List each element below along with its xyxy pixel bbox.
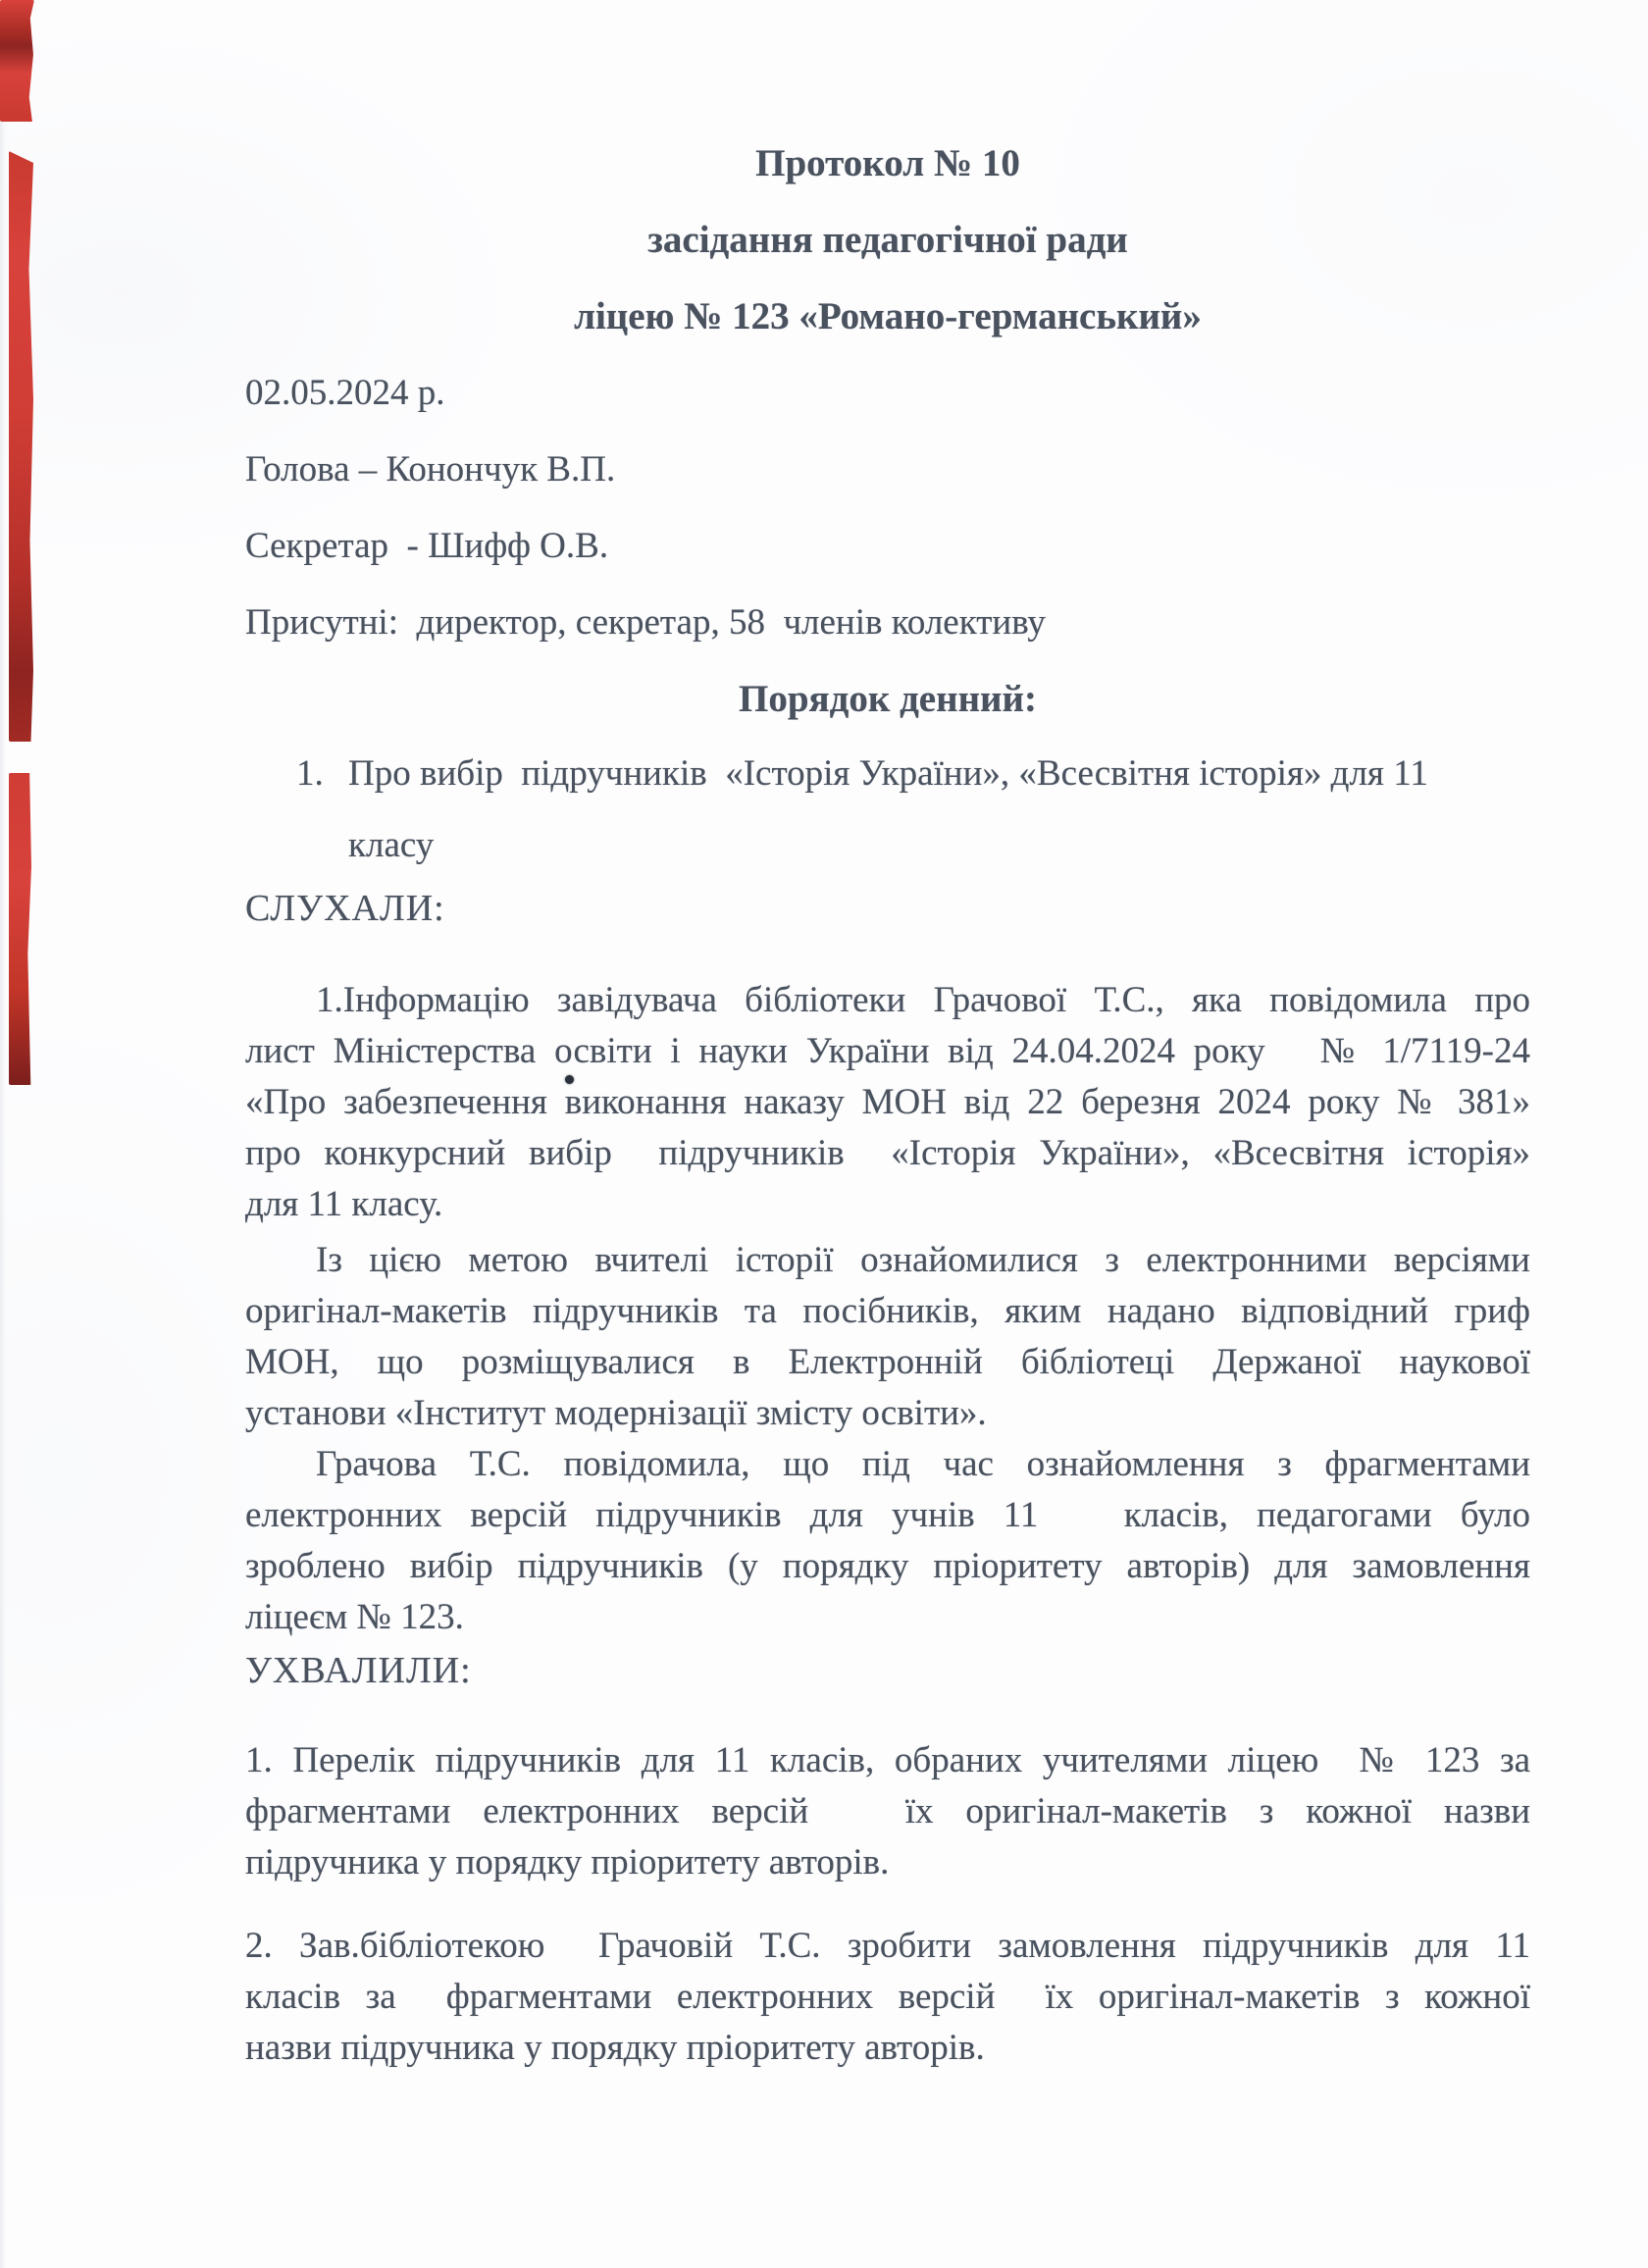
title-line-protocol-number: Протокол № 10	[245, 126, 1530, 202]
title-line-meeting: засідання педагогічної ради	[245, 202, 1530, 279]
paragraph-line: оригінал-макетів підручників та посібник…	[245, 1286, 1530, 1337]
paragraph-line: для 11 класу.	[245, 1179, 1530, 1230]
agenda-item-1: 1. Про вибір підручників «Історія Україн…	[245, 738, 1530, 881]
paragraph-line: підручника у порядку пріоритету авторів.	[245, 1837, 1530, 1888]
resolved-section-heading: УХВАЛИЛИ:	[245, 1643, 1530, 1698]
heard-paragraph-2: Із цією метою вчителі історії ознайомили…	[245, 1235, 1530, 1439]
document-title-block: Протокол № 10 засідання педагогічної рад…	[245, 126, 1530, 355]
paragraph-line: установи «Інститут модернізації змісту о…	[245, 1388, 1530, 1439]
scan-red-artifact-top	[0, 0, 34, 122]
meta-date: 02.05.2024 р.	[245, 355, 1530, 432]
meta-secretary: Секретар - Шифф О.В.	[245, 508, 1530, 585]
document-meta-block: 02.05.2024 р. Голова – Конончук В.П. Сек…	[245, 355, 1530, 661]
paragraph-line: ліцеєм № 123.	[245, 1592, 1530, 1643]
heard-paragraph-3: Грачова Т.С. повідомила, що під час озна…	[245, 1439, 1530, 1643]
document-content: Протокол № 10 засідання педагогічної рад…	[245, 0, 1530, 2074]
meta-chair: Голова – Конончук В.П.	[245, 432, 1530, 508]
paragraph-line: про конкурсний вибір підручників «Історі…	[245, 1128, 1530, 1179]
paragraph-line: фрагментами електронних версій їх оригін…	[245, 1786, 1530, 1837]
resolved-item-1: 1. Перелік підручників для 11 класів, об…	[245, 1735, 1530, 1888]
paragraph-line: електронних версій підручників для учнів…	[245, 1490, 1530, 1541]
heard-section-heading: СЛУХАЛИ:	[245, 881, 1530, 936]
agenda-item-line: класу	[348, 809, 1530, 881]
scanned-document-page: Протокол № 10 засідання педагогічної рад…	[0, 0, 1648, 2268]
heard-paragraph-1: 1.Інформацію завідувача бібліотеки Грачо…	[245, 975, 1530, 1230]
paragraph-line: 1. Перелік підручників для 11 класів, об…	[245, 1735, 1530, 1786]
agenda-heading: Порядок денний:	[245, 661, 1530, 738]
paragraph-line: Із цією метою вчителі історії ознайомили…	[245, 1235, 1530, 1286]
paragraph-line: назви підручника у порядку пріоритету ав…	[245, 2023, 1530, 2074]
paragraph-line: класів за фрагментами електронних версій…	[245, 1972, 1530, 2023]
scan-left-edge-shadow	[0, 0, 6, 2268]
title-line-lyceum: ліцею № 123 «Романо-германський»	[245, 279, 1530, 355]
scan-red-artifact-lower	[9, 773, 31, 1085]
paragraph-line: «Про забезпечення виконання наказу МОН в…	[245, 1077, 1530, 1128]
agenda-item-number: 1.	[296, 738, 324, 809]
scan-red-artifact-middle	[9, 151, 33, 742]
agenda-item-line: Про вибір підручників «Історія України»,…	[348, 738, 1530, 809]
paragraph-line: 1.Інформацію завідувача бібліотеки Грачо…	[245, 975, 1530, 1026]
paragraph-line: лист Міністерства освіти і науки України…	[245, 1026, 1530, 1077]
paragraph-line: зроблено вибір підручників (у порядку пр…	[245, 1541, 1530, 1592]
resolved-item-2: 2. Зав.бібліотекою Грачовій Т.С. зробити…	[245, 1921, 1530, 2074]
meta-attendees: Присутні: директор, секретар, 58 членів …	[245, 585, 1530, 661]
paragraph-line: МОН, що розміщувалися в Електронній бібл…	[245, 1337, 1530, 1388]
paragraph-line: 2. Зав.бібліотекою Грачовій Т.С. зробити…	[245, 1921, 1530, 1972]
paragraph-line: Грачова Т.С. повідомила, що під час озна…	[245, 1439, 1530, 1490]
